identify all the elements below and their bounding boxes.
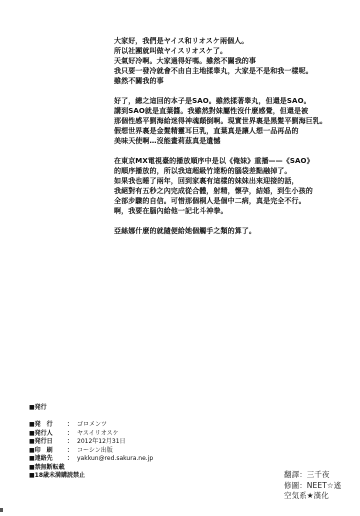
- paragraph-1: 大家好，我們是ヤイス和リオスケ兩個人。 所以社團就叫做ヤイスリオスケ了。 天氣好…: [114, 36, 360, 86]
- text-line: 我絕對有五秒之內完成從合體，射精，懷孕，結婚，到生小孩的: [114, 186, 360, 196]
- row-separator: ：: [63, 438, 77, 447]
- text-line: 啊，我要在腦內給他一記北斗神拳。: [114, 206, 360, 216]
- row-value: 2012年12月31日: [77, 438, 126, 447]
- row-label: ■発行人: [29, 430, 63, 439]
- row-value: ヤスイリオスケ: [77, 430, 119, 439]
- colophon-heading: ■発行: [29, 403, 199, 412]
- row-separator: ：: [63, 421, 77, 430]
- scanlation-credits: 翻譯：三千夜 修圖：NEET☆遙 空気系★漢化: [284, 470, 341, 502]
- text-line: 如果我也睡了兩年，回到家裏有這樣的妹妹出來迎接的話，: [114, 176, 360, 186]
- row-separator: ：: [63, 447, 77, 456]
- paragraph-4: 亞絲娜什麼的就隨便給她個觸手之類的算了。: [114, 226, 360, 236]
- row-label: ■発行日: [29, 438, 63, 447]
- colophon-row-date: ■発行日 ： 2012年12月31日: [29, 438, 199, 447]
- row-value: ゴロメンツ: [77, 421, 107, 430]
- text-line: 大家好，我們是ヤイス和リオスケ兩個人。: [114, 36, 360, 46]
- colophon: ■発行 ■発 行 ： ゴロメンツ ■発行人 ： ヤスイリオスケ ■発行日 ： 2…: [29, 403, 199, 481]
- credit-editing: 修圖：NEET☆遙: [284, 481, 341, 492]
- text-line: 所以社團就叫做ヤイスリオスケ了。: [114, 46, 360, 56]
- text-line: 亞絲娜什麼的就隨便給她個觸手之類的算了。: [114, 226, 360, 236]
- text-line: 雖然不關我的事: [114, 76, 360, 86]
- colophon-row-printer: ■印 刷 ： コーシン出版: [29, 447, 199, 456]
- colophon-note-age-restriction: ■18歳未満購読禁止: [29, 472, 199, 481]
- contact-email: yakkun@red.sakura.ne.jp: [77, 455, 153, 464]
- row-value: コーシン出版: [77, 447, 113, 456]
- row-label: ■発 行: [29, 421, 63, 430]
- paragraph-3: 在東京MX電視臺的播放順序中是以《俺妹》重播——《SAO》 的順序播放的，所以我…: [114, 156, 360, 216]
- row-label: ■連絡先: [29, 455, 63, 464]
- row-separator: ：: [63, 455, 77, 464]
- colophon-note-no-reprint: ■禁無断転載: [29, 464, 199, 473]
- page-number-mark: [0, 508, 3, 512]
- text-line: 好了，總之這回的本子是SAO。雖然揉著睾丸，但還是SAO。: [114, 96, 360, 106]
- text-line: 那個性感平劉海給迷得神魂顛倒啊。現實世界裏是黑髮平劉海巨乳。: [114, 116, 360, 126]
- credit-translation: 翻譯：三千夜: [284, 470, 341, 481]
- text-line: 的順序播放的，所以我這超級竹達粉的腦袋差點融掉了。: [114, 166, 360, 176]
- row-label: ■印 刷: [29, 447, 63, 456]
- paragraph-2: 好了，總之這回的本子是SAO。雖然揉著睾丸，但還是SAO。 講到SAO就是直葉醬…: [114, 96, 360, 146]
- text-line: 講到SAO就是直葉醬。我雖然對妹屬性沒什麼感覺，但還是被: [114, 106, 360, 116]
- afterword-text: 大家好，我們是ヤイス和リオスケ兩個人。 所以社團就叫做ヤイスリオスケ了。 天氣好…: [114, 36, 360, 246]
- text-line: 在東京MX電視臺的播放順序中是以《俺妹》重播——《SAO》: [114, 156, 360, 166]
- colophon-row-issuer: ■発行人 ： ヤスイリオスケ: [29, 430, 199, 439]
- text-line: 美味天使啊…沒能畫莉茲真是遺憾: [114, 136, 360, 146]
- text-line: 天氣好冷啊。大家過得好嗎。雖然不關我的事: [114, 56, 360, 66]
- row-separator: ：: [63, 430, 77, 439]
- text-line: 全部步驟的自信。可惜那個桐人是個中二病，真是完全不行。: [114, 196, 360, 206]
- colophon-row-publisher: ■発 行 ： ゴロメンツ: [29, 421, 199, 430]
- text-line: 我只要一發冷就會不由自主地揉睾丸，大家是不是和我一樣呢。: [114, 66, 360, 76]
- credit-group: 空気系★漢化: [284, 491, 341, 502]
- colophon-row-contact: ■連絡先 ： yakkun@red.sakura.ne.jp: [29, 455, 199, 464]
- text-line: 假想世界裏是金髮精靈耳巨乳，直葉真是讓人想一品再品的: [114, 126, 360, 136]
